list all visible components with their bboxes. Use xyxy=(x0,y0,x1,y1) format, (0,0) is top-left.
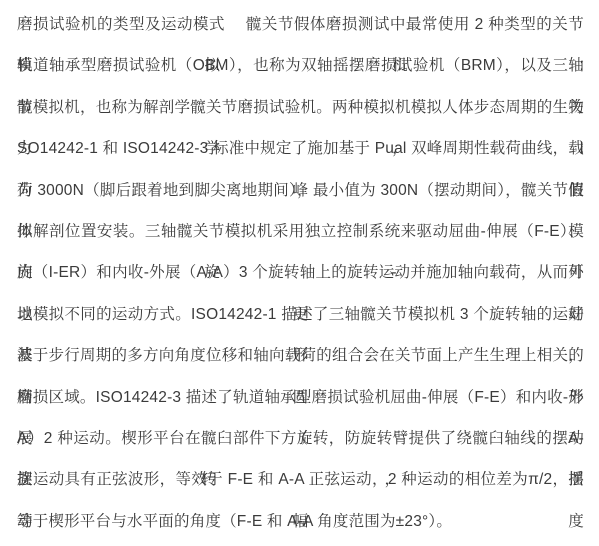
text-line: A）2 种运动。楔形平台在髋臼部件下方旋转，防旋转臂提供了绕髋臼轴线的摆动旋转，… xyxy=(17,418,584,459)
text-line: 拟解剖位置安装。三轴髋关节模拟机采用独立控制系统来驱动屈曲-伸展（F-E）、内旋… xyxy=(17,211,584,252)
document-page: 磨损试验机的类型及运动模式 髋关节假体磨损测试中最常使用 2 种类型的关节模拟机… xyxy=(0,0,599,546)
text-line: 轨道轴承型磨损试验机（OBM），也称为双轴摇摆磨损试验机（BRM），以及三轴髋关 xyxy=(17,45,584,86)
text-line: 磨损区域。ISO14242-3 描述了轨道轴承型磨损试验机屈曲-伸展（F-E）和… xyxy=(17,377,584,418)
text-line: 节模拟机，也称为解剖学髋关节磨损试验机。两种模拟机模拟人体步态周期的生物力学，I xyxy=(17,87,584,128)
text-line: 摆运动具有正弦波形，等效于 F-E 和 A-A 正弦运动，2 种运动的相位差为π… xyxy=(17,459,584,500)
text-line: 旋（I-ER）和内收-外展（A-A）3 个旋转轴上的旋转运动并施加轴向载荷，从而… xyxy=(17,252,584,293)
text-line: 磨损试验机的类型及运动模式 髋关节假体磨损测试中最常使用 2 种类型的关节模拟机… xyxy=(17,4,584,45)
text-line: 地模拟不同的运动方式。ISO14242-1 描述了三轴髋关节模拟机 3 个旋转轴… xyxy=(17,294,584,335)
text-line: 为 3000N（脚后跟着地到脚尖离地期间），最小值为 300N（摆动期间），髋关… xyxy=(17,170,584,211)
text-line: SO14242-1 和 ISO14242-3 标准中规定了施加基于 Pual 双… xyxy=(17,128,584,169)
text-line: 基于步行周期的多方向角度位移和轴向载荷的组合会在关节面上产生生理上相关的椭圆形 xyxy=(17,335,584,376)
